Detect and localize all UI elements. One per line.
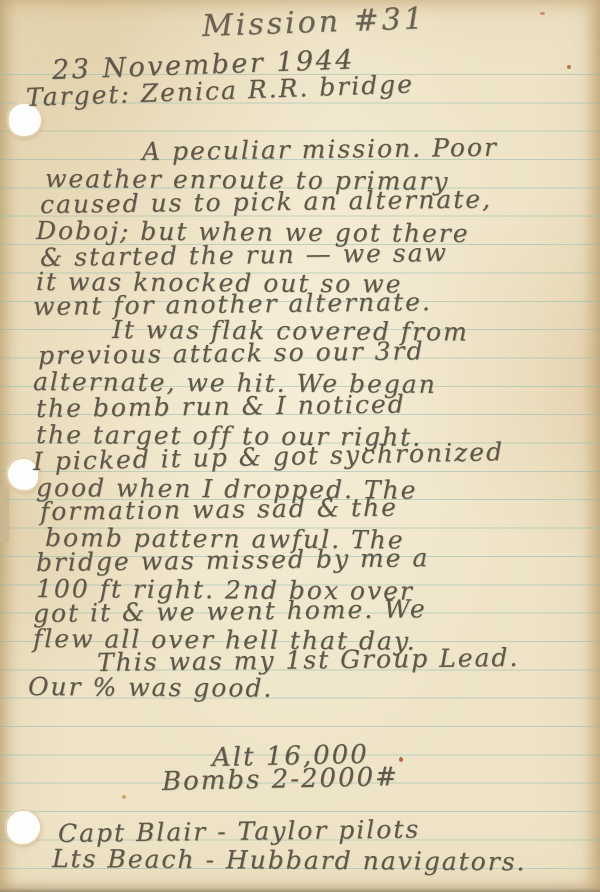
paper-blemish	[0, 487, 9, 543]
paper-speck	[540, 12, 545, 15]
hole-punch	[7, 811, 40, 844]
notebook-page: Mission #31 23 November 1944 Target: Zen…	[0, 0, 600, 892]
journal-line: A peculiar mission. Poor	[142, 132, 498, 168]
mission-title: Mission #31	[201, 0, 426, 45]
paper-speck	[567, 65, 571, 69]
navigators-line: Lts Beach - Hubbard navigators.	[52, 843, 527, 878]
paper-speck	[399, 757, 403, 762]
paper-speck	[122, 795, 126, 799]
bombs-note: Bombs 2-2000#	[162, 761, 400, 798]
journal-line: Our % was good.	[28, 671, 274, 704]
